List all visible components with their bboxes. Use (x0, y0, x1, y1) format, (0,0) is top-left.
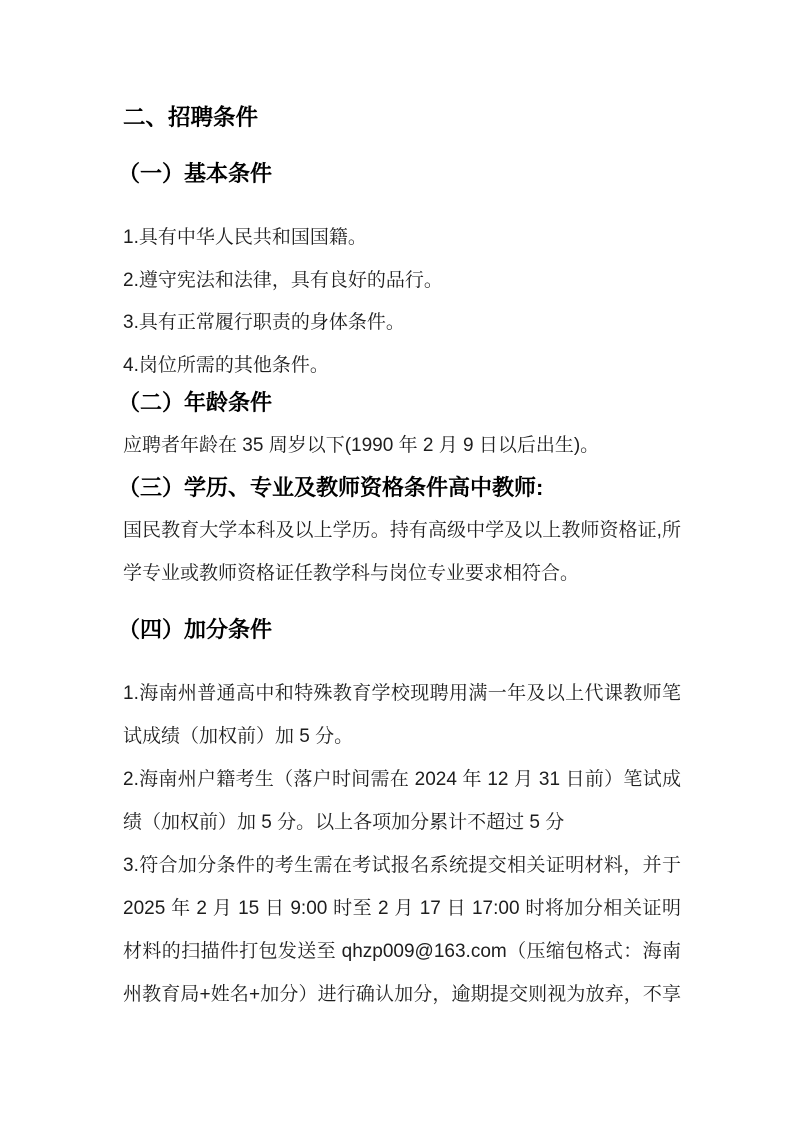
paragraph-line: 试成绩（加权前）加 5 分。 (123, 715, 681, 758)
paragraph-line: 2.海南州户籍考生（落户时间需在 2024 年 12 月 31 日前）笔试成 (123, 758, 681, 801)
bonus-point-paragraph-2: 2.海南州户籍考生（落户时间需在 2024 年 12 月 31 日前）笔试成 绩… (123, 758, 681, 844)
qualification-paragraph: 国民教育大学本科及以上学历。持有高级中学及以上教师资格证,所 学专业或教师资格证… (123, 509, 681, 595)
paragraph-line: 绩（加权前）加 5 分。以上各项加分累计不超过 5 分 (123, 801, 681, 844)
section-3-heading: （三）学历、专业及教师资格条件高中教师: (118, 473, 681, 503)
age-condition-paragraph: 应聘者年龄在 35 周岁以下(1990 年 2 月 9 日以后出生)。 (123, 424, 681, 467)
document-page: 二、招聘条件 （一）基本条件 1.具有中华人民共和国国籍。 2.遵守宪法和法律，… (0, 0, 800, 1132)
basic-conditions-list: 1.具有中华人民共和国国籍。 2.遵守宪法和法律，具有良好的品行。 3.具有正常… (123, 217, 681, 387)
paragraph-line: 国民教育大学本科及以上学历。持有高级中学及以上教师资格证,所 (123, 509, 681, 552)
paragraph-line: 1.海南州普通高中和特殊教育学校现聘用满一年及以上代课教师笔 (123, 672, 681, 715)
paragraph-line: 材料的扫描件打包发送至 qhzp009@163.com（压缩包格式：海南 (123, 930, 681, 973)
section-1-heading: （一）基本条件 (118, 159, 681, 189)
list-item: 1.具有中华人民共和国国籍。 (123, 217, 681, 260)
doc-title: 二、招聘条件 (123, 103, 681, 133)
bonus-point-paragraph-1: 1.海南州普通高中和特殊教育学校现聘用满一年及以上代课教师笔 试成绩（加权前）加… (123, 672, 681, 758)
paragraph-line: 2025 年 2 月 15 日 9:00 时至 2 月 17 日 17:00 时… (123, 887, 681, 930)
paragraph-line: 3.符合加分条件的考生需在考试报名系统提交相关证明材料，并于 (123, 844, 681, 887)
list-item: 2.遵守宪法和法律，具有良好的品行。 (123, 260, 681, 303)
section-4-heading: （四）加分条件 (118, 615, 681, 645)
bonus-point-paragraph-3: 3.符合加分条件的考生需在考试报名系统提交相关证明材料，并于 2025 年 2 … (123, 844, 681, 1016)
paragraph-line: 学专业或教师资格证任教学科与岗位专业要求相符合。 (123, 552, 681, 595)
paragraph-line: 州教育局+姓名+加分）进行确认加分，逾期提交则视为放弃，不享 (123, 973, 681, 1016)
section-2-heading: （二）年龄条件 (118, 388, 681, 418)
list-item: 4.岗位所需的其他条件。 (123, 345, 681, 388)
paragraph-line: 应聘者年龄在 35 周岁以下(1990 年 2 月 9 日以后出生)。 (123, 424, 681, 467)
document-content: 二、招聘条件 （一）基本条件 1.具有中华人民共和国国籍。 2.遵守宪法和法律，… (0, 103, 800, 1016)
list-item: 3.具有正常履行职责的身体条件。 (123, 302, 681, 345)
